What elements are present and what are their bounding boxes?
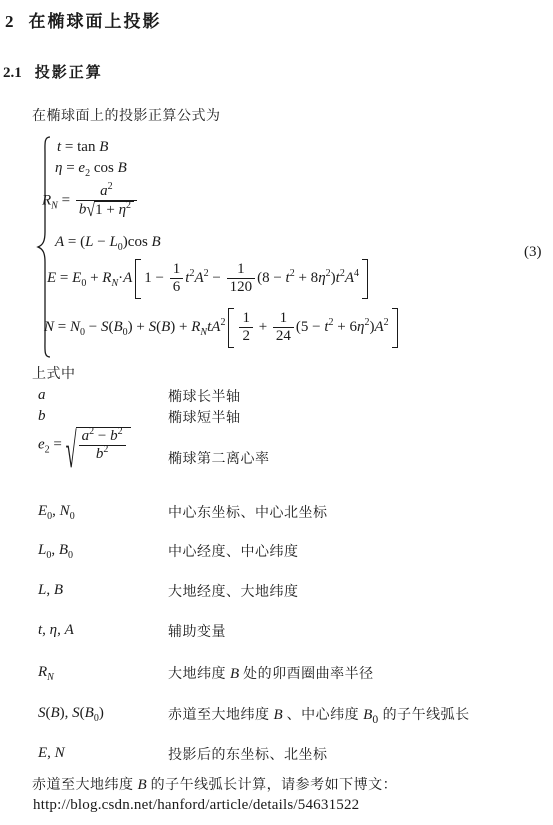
symbol-cell: RN bbox=[38, 663, 54, 681]
equation-n: N = N0 − S(B0) + S(B) + RNtA212 + 124(5 … bbox=[44, 308, 399, 348]
glossary-row: S(B), S(B0) 赤道至大地纬度 B 、中心纬度 B0 的子午线弧长 bbox=[0, 704, 553, 726]
glossary-row: L0, B0 中心经度、中心纬度 bbox=[0, 541, 553, 563]
section-heading: 2在椭球面上投影 bbox=[5, 7, 162, 32]
glossary-intro: 上式中 bbox=[32, 363, 76, 383]
description-cell: 椭球长半轴 bbox=[168, 386, 241, 406]
description-cell: 椭球第二离心率 bbox=[168, 448, 270, 468]
glossary-row: t, η, A 辅助变量 bbox=[0, 621, 553, 643]
equation-rn: RN = a2b√1 + η2 bbox=[42, 183, 139, 220]
description-cell: 赤道至大地纬度 B 、中心纬度 B0 的子午线弧长 bbox=[168, 704, 470, 726]
section-number: 2 bbox=[5, 12, 14, 31]
section-title: 在椭球面上投影 bbox=[29, 12, 162, 31]
footer-url: http://blog.csdn.net/hanford/article/det… bbox=[33, 797, 359, 814]
equation-a: A = (L − L0)cos B bbox=[55, 233, 161, 251]
equation-e: E = E0 + RN·A1 − 16t2A2 − 1120(8 − t2 + … bbox=[47, 259, 369, 299]
glossary-row: E0, N0 中心东坐标、中心北坐标 bbox=[0, 502, 553, 524]
glossary-row: E, N 投影后的东坐标、北坐标 bbox=[0, 744, 553, 766]
symbol-cell: a bbox=[38, 386, 46, 404]
symbol-cell: e2 = √a2 − b2b2 bbox=[38, 427, 131, 464]
footer-note: 赤道至大地纬度 B 的子午线弧长计算，请参考如下博文： bbox=[32, 774, 397, 794]
subsection-number: 2.1 bbox=[3, 65, 22, 81]
equation-number: (3) bbox=[524, 244, 542, 261]
glossary-row: e2 = √a2 − b2b2 椭球第二离心率 bbox=[0, 427, 553, 449]
subsection-heading: 2.1投影正算 bbox=[3, 61, 103, 82]
symbol-cell: E, N bbox=[38, 744, 65, 762]
symbol-cell: b bbox=[38, 407, 46, 425]
document-page: 2在椭球面上投影 2.1投影正算 在椭球面上的投影正算公式为 t = tan B… bbox=[0, 0, 553, 825]
equation-t: t = tan B bbox=[57, 138, 108, 156]
description-cell: 中心东坐标、中心北坐标 bbox=[168, 502, 328, 522]
equation-eta: η = e2 cos B bbox=[55, 159, 127, 177]
subsection-title: 投影正算 bbox=[35, 65, 103, 81]
symbol-cell: t, η, A bbox=[38, 621, 74, 639]
glossary-row: L, B 大地经度、大地纬度 bbox=[0, 581, 553, 603]
description-cell: 大地经度、大地纬度 bbox=[168, 581, 299, 601]
symbol-cell: L, B bbox=[38, 581, 63, 599]
glossary-row: RN 大地纬度 B 处的卯酉圈曲率半径 bbox=[0, 663, 553, 685]
description-cell: 中心经度、中心纬度 bbox=[168, 541, 299, 561]
description-cell: 投影后的东坐标、北坐标 bbox=[168, 744, 328, 764]
symbol-cell: L0, B0 bbox=[38, 541, 73, 559]
glossary-row: b 椭球短半轴 bbox=[0, 407, 553, 429]
intro-text: 在椭球面上的投影正算公式为 bbox=[32, 105, 221, 125]
symbol-cell: E0, N0 bbox=[38, 502, 75, 520]
glossary-row: a 椭球长半轴 bbox=[0, 386, 553, 408]
description-cell: 辅助变量 bbox=[168, 621, 226, 641]
description-cell: 椭球短半轴 bbox=[168, 407, 241, 427]
symbol-cell: S(B), S(B0) bbox=[38, 704, 104, 722]
description-cell: 大地纬度 B 处的卯酉圈曲率半径 bbox=[168, 663, 374, 683]
